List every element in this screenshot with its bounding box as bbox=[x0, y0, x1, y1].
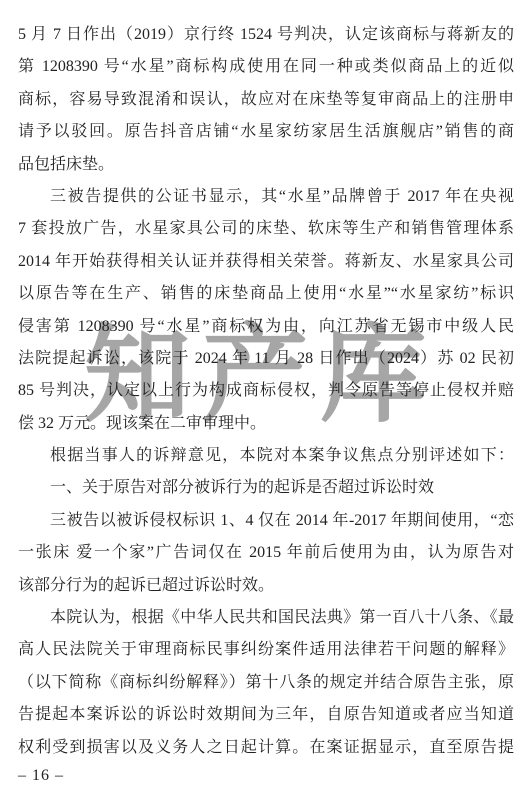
text-line: 一、关于原告对部分被诉行为的起诉是否超过诉讼时效 bbox=[18, 472, 514, 504]
text-line: 品包括床垫。 bbox=[18, 149, 514, 181]
text-line: 本院认为，根据《中华人民共和国民法典》第一百八十八条、《最 bbox=[18, 602, 514, 634]
text-line: 5 月 7 日作出（2019）京行终 1524 号判决，认定该商标与蒋新友的 bbox=[18, 19, 514, 51]
text-line: 三被告提供的公证书显示，其“水星”品牌曾于 2017 年在央视 bbox=[18, 181, 514, 213]
text-line: 该部分行为的起诉已超过诉讼时效。 bbox=[18, 570, 514, 602]
document-body: 5 月 7 日作出（2019）京行终 1524 号判决，认定该商标与蒋新友的第 … bbox=[18, 19, 514, 764]
text-line: 告提起本案诉讼的诉讼时效期间为三年，自原告知道或者应当知道 bbox=[18, 699, 514, 731]
text-line: 三被告以被诉侵权标识 1、4 仅在 2014 年-2017 年期间使用，“恋 bbox=[18, 505, 514, 537]
page-number: – 16 – bbox=[18, 764, 64, 788]
text-line: 权利受到损害以及义务人之日起计算。在案证据显示，直至原告提 bbox=[18, 732, 514, 764]
text-line: 第 1208390 号“水星”商标构成使用在同一种或类似商品上的近似 bbox=[18, 51, 514, 83]
text-line: 侵害第 1208390 号“水星”商标权为由，向江苏省无锡市中级人民 bbox=[18, 311, 514, 343]
text-line: 高人民法院关于审理商标民事纠纷案件适用法律若干问题的解释》 bbox=[18, 634, 514, 666]
document-page: 知产库 5 月 7 日作出（2019）京行终 1524 号判决，认定该商标与蒋新… bbox=[0, 0, 532, 802]
text-line: 一张床 爱一个家”广告词仅在 2015 年前后使用为由，认为原告对 bbox=[18, 537, 514, 569]
text-line: （以下简称《商标纠纷解释》）第十八条的规定并结合原告主张，原 bbox=[18, 667, 514, 699]
text-line: 根据当事人的诉辩意见，本院对本案争议焦点分别评述如下： bbox=[18, 440, 514, 472]
text-line: 请予以驳回。原告抖音店铺“水星家纺家居生活旗舰店”销售的商 bbox=[18, 116, 514, 148]
text-line: 法院提起诉讼，该院于 2024 年 11 月 28 日作出（2024）苏 02 … bbox=[18, 343, 514, 375]
text-line: 2014 年开始获得相关认证并获得相关荣誉。蒋新友、水星家具公司 bbox=[18, 246, 514, 278]
text-line: 偿 32 万元。现该案在二审审理中。 bbox=[18, 408, 514, 440]
text-line: 85 号判决，认定以上行为构成商标侵权，判令原告等停止侵权并赔 bbox=[18, 375, 514, 407]
text-line: 商标，容易导致混淆和误认，故应对在床垫等复审商品上的注册申 bbox=[18, 84, 514, 116]
text-line: 以原告等在生产、销售的床垫商品上使用“水星”“水星家纺”标识 bbox=[18, 278, 514, 310]
text-line: 7 套投放广告，水星家具公司的床垫、软床等生产和销售管理体系 bbox=[18, 213, 514, 245]
